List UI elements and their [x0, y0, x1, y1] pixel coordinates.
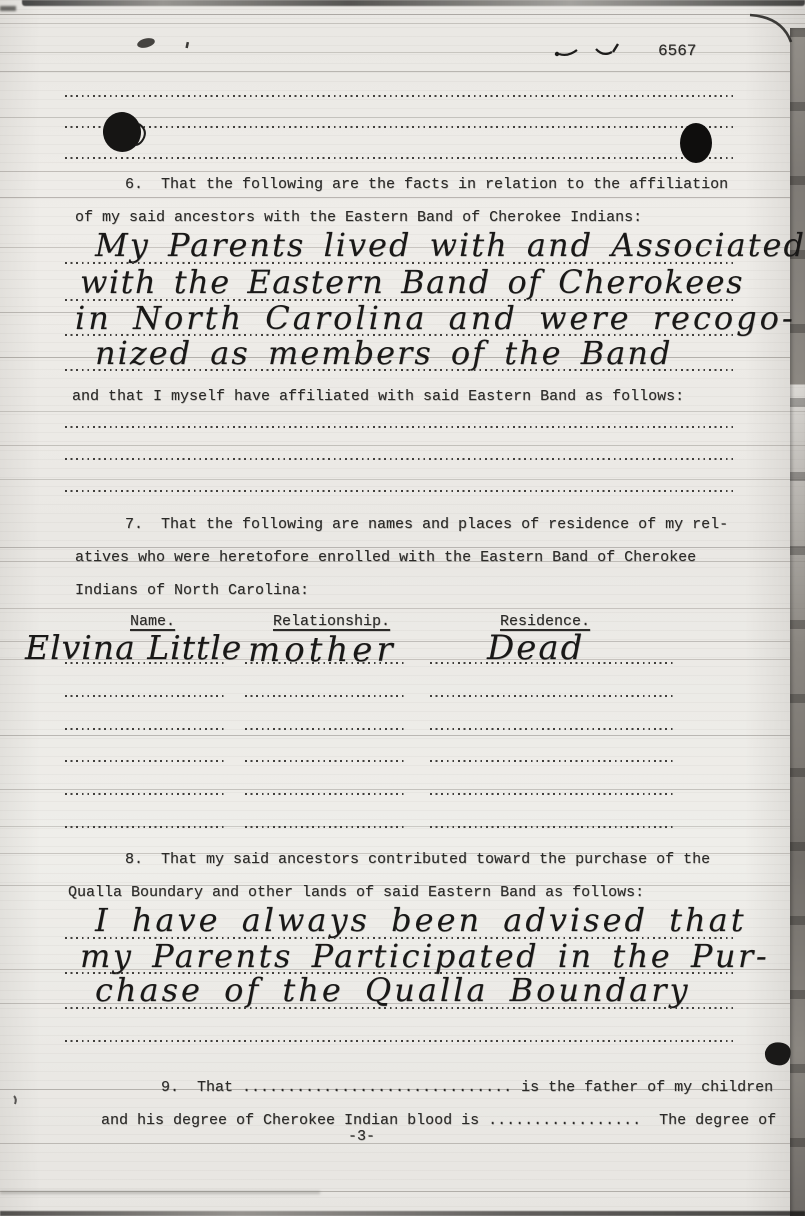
table-dotted-cell	[65, 662, 225, 664]
handwritten-answer-line: chase of the Qualla Boundary	[95, 971, 691, 1009]
table-dotted-cell	[245, 662, 407, 664]
section6-self-affiliation-line: and that I myself have affiliated with s…	[72, 388, 684, 406]
section9-line2: and his degree of Cherokee Indian blood …	[65, 1094, 776, 1148]
handwritten-answer-line: nized as members of the Band	[95, 334, 672, 372]
scan-edge-top-left-mark	[0, 6, 16, 11]
relative-relationship-value: mother	[248, 630, 397, 670]
scanline	[0, 608, 805, 609]
table-dotted-cell	[430, 662, 676, 664]
table-dotted-cell	[65, 728, 225, 730]
scanline	[0, 23, 805, 24]
stray-mark-left-bottom	[14, 1096, 16, 1104]
section7-intro-line3: Indians of North Carolina:	[75, 582, 309, 600]
dotted-blank-line	[65, 369, 737, 371]
scan-edge-top	[22, 0, 805, 6]
dotted-blank-line	[65, 126, 737, 128]
scanline	[0, 411, 805, 412]
table-dotted-cell	[245, 728, 407, 730]
scanline	[0, 71, 805, 72]
scanline	[0, 14, 805, 15]
table-dotted-cell	[65, 826, 225, 828]
section6-intro-line1: 6. That the following are the facts in r…	[125, 176, 728, 194]
dotted-blank-line	[65, 95, 737, 97]
scanline	[0, 547, 805, 548]
handwritten-answer-line: in North Carolina and were recogo-	[75, 299, 796, 337]
smudge-top-left	[136, 36, 189, 49]
table-dotted-cell	[65, 695, 225, 697]
scan-edge-bottom	[0, 1211, 805, 1216]
scanline	[0, 117, 805, 118]
document-number: 6567	[658, 42, 696, 60]
page-corner-curl	[750, 15, 791, 42]
scanned-affidavit-page: 6567 6. That the following are the facts…	[0, 0, 805, 1216]
dotted-blank-line	[65, 490, 737, 492]
table-dotted-cell	[65, 793, 225, 795]
handwritten-answer-line: I have always been advised that	[95, 901, 747, 939]
table-header-relationship: Relationship.	[273, 613, 390, 631]
table-dotted-cell	[430, 695, 676, 697]
dotted-blank-line	[65, 426, 737, 428]
section7-intro-line1: 7. That the following are names and plac…	[125, 516, 728, 534]
table-dotted-cell	[430, 728, 676, 730]
section8-intro-line1: 8. That my said ancestors contributed to…	[125, 851, 710, 869]
handwritten-answer-line: my Parents Participated in the Pur-	[80, 937, 769, 975]
page-number: -3-	[348, 1128, 375, 1146]
section9-line2-suffix: . The degree of	[632, 1112, 776, 1129]
table-dotted-cell	[245, 695, 407, 697]
table-dotted-cell	[245, 826, 407, 828]
table-dotted-cell	[430, 793, 676, 795]
scanline	[0, 171, 805, 172]
scan-edge-right	[790, 28, 805, 1216]
blood-degree-blank: ................	[488, 1112, 632, 1129]
table-dotted-cell	[430, 760, 676, 762]
table-dotted-cell	[430, 826, 676, 828]
handwritten-answer-line: My Parents lived with and Associated	[95, 226, 805, 264]
section8-intro-line2: Qualla Boundary and other lands of said …	[68, 884, 644, 902]
dotted-blank-line	[65, 1040, 737, 1042]
handwritten-answer-line: with the Eastern Band of Cherokees	[80, 263, 744, 301]
dotted-blank-line	[65, 458, 737, 460]
dotted-blank-line	[65, 1007, 737, 1009]
scanline	[0, 197, 805, 198]
scanline	[0, 789, 805, 790]
dotted-blank-line	[65, 157, 737, 159]
table-dotted-cell	[245, 760, 407, 762]
scanline	[0, 735, 805, 736]
pen-scribble-marks	[555, 44, 618, 56]
section6-intro-line2: of my said ancestors with the Eastern Ba…	[75, 209, 642, 227]
table-dotted-cell	[245, 793, 407, 795]
scanline	[0, 479, 805, 480]
section7-intro-line2: atives who were heretofore enrolled with…	[75, 549, 696, 567]
scanline	[0, 445, 805, 446]
scan-edge-bottom-smudge	[0, 1191, 320, 1194]
table-dotted-cell	[65, 760, 225, 762]
section9-line2-prefix: and his degree of Cherokee Indian blood …	[101, 1112, 488, 1129]
